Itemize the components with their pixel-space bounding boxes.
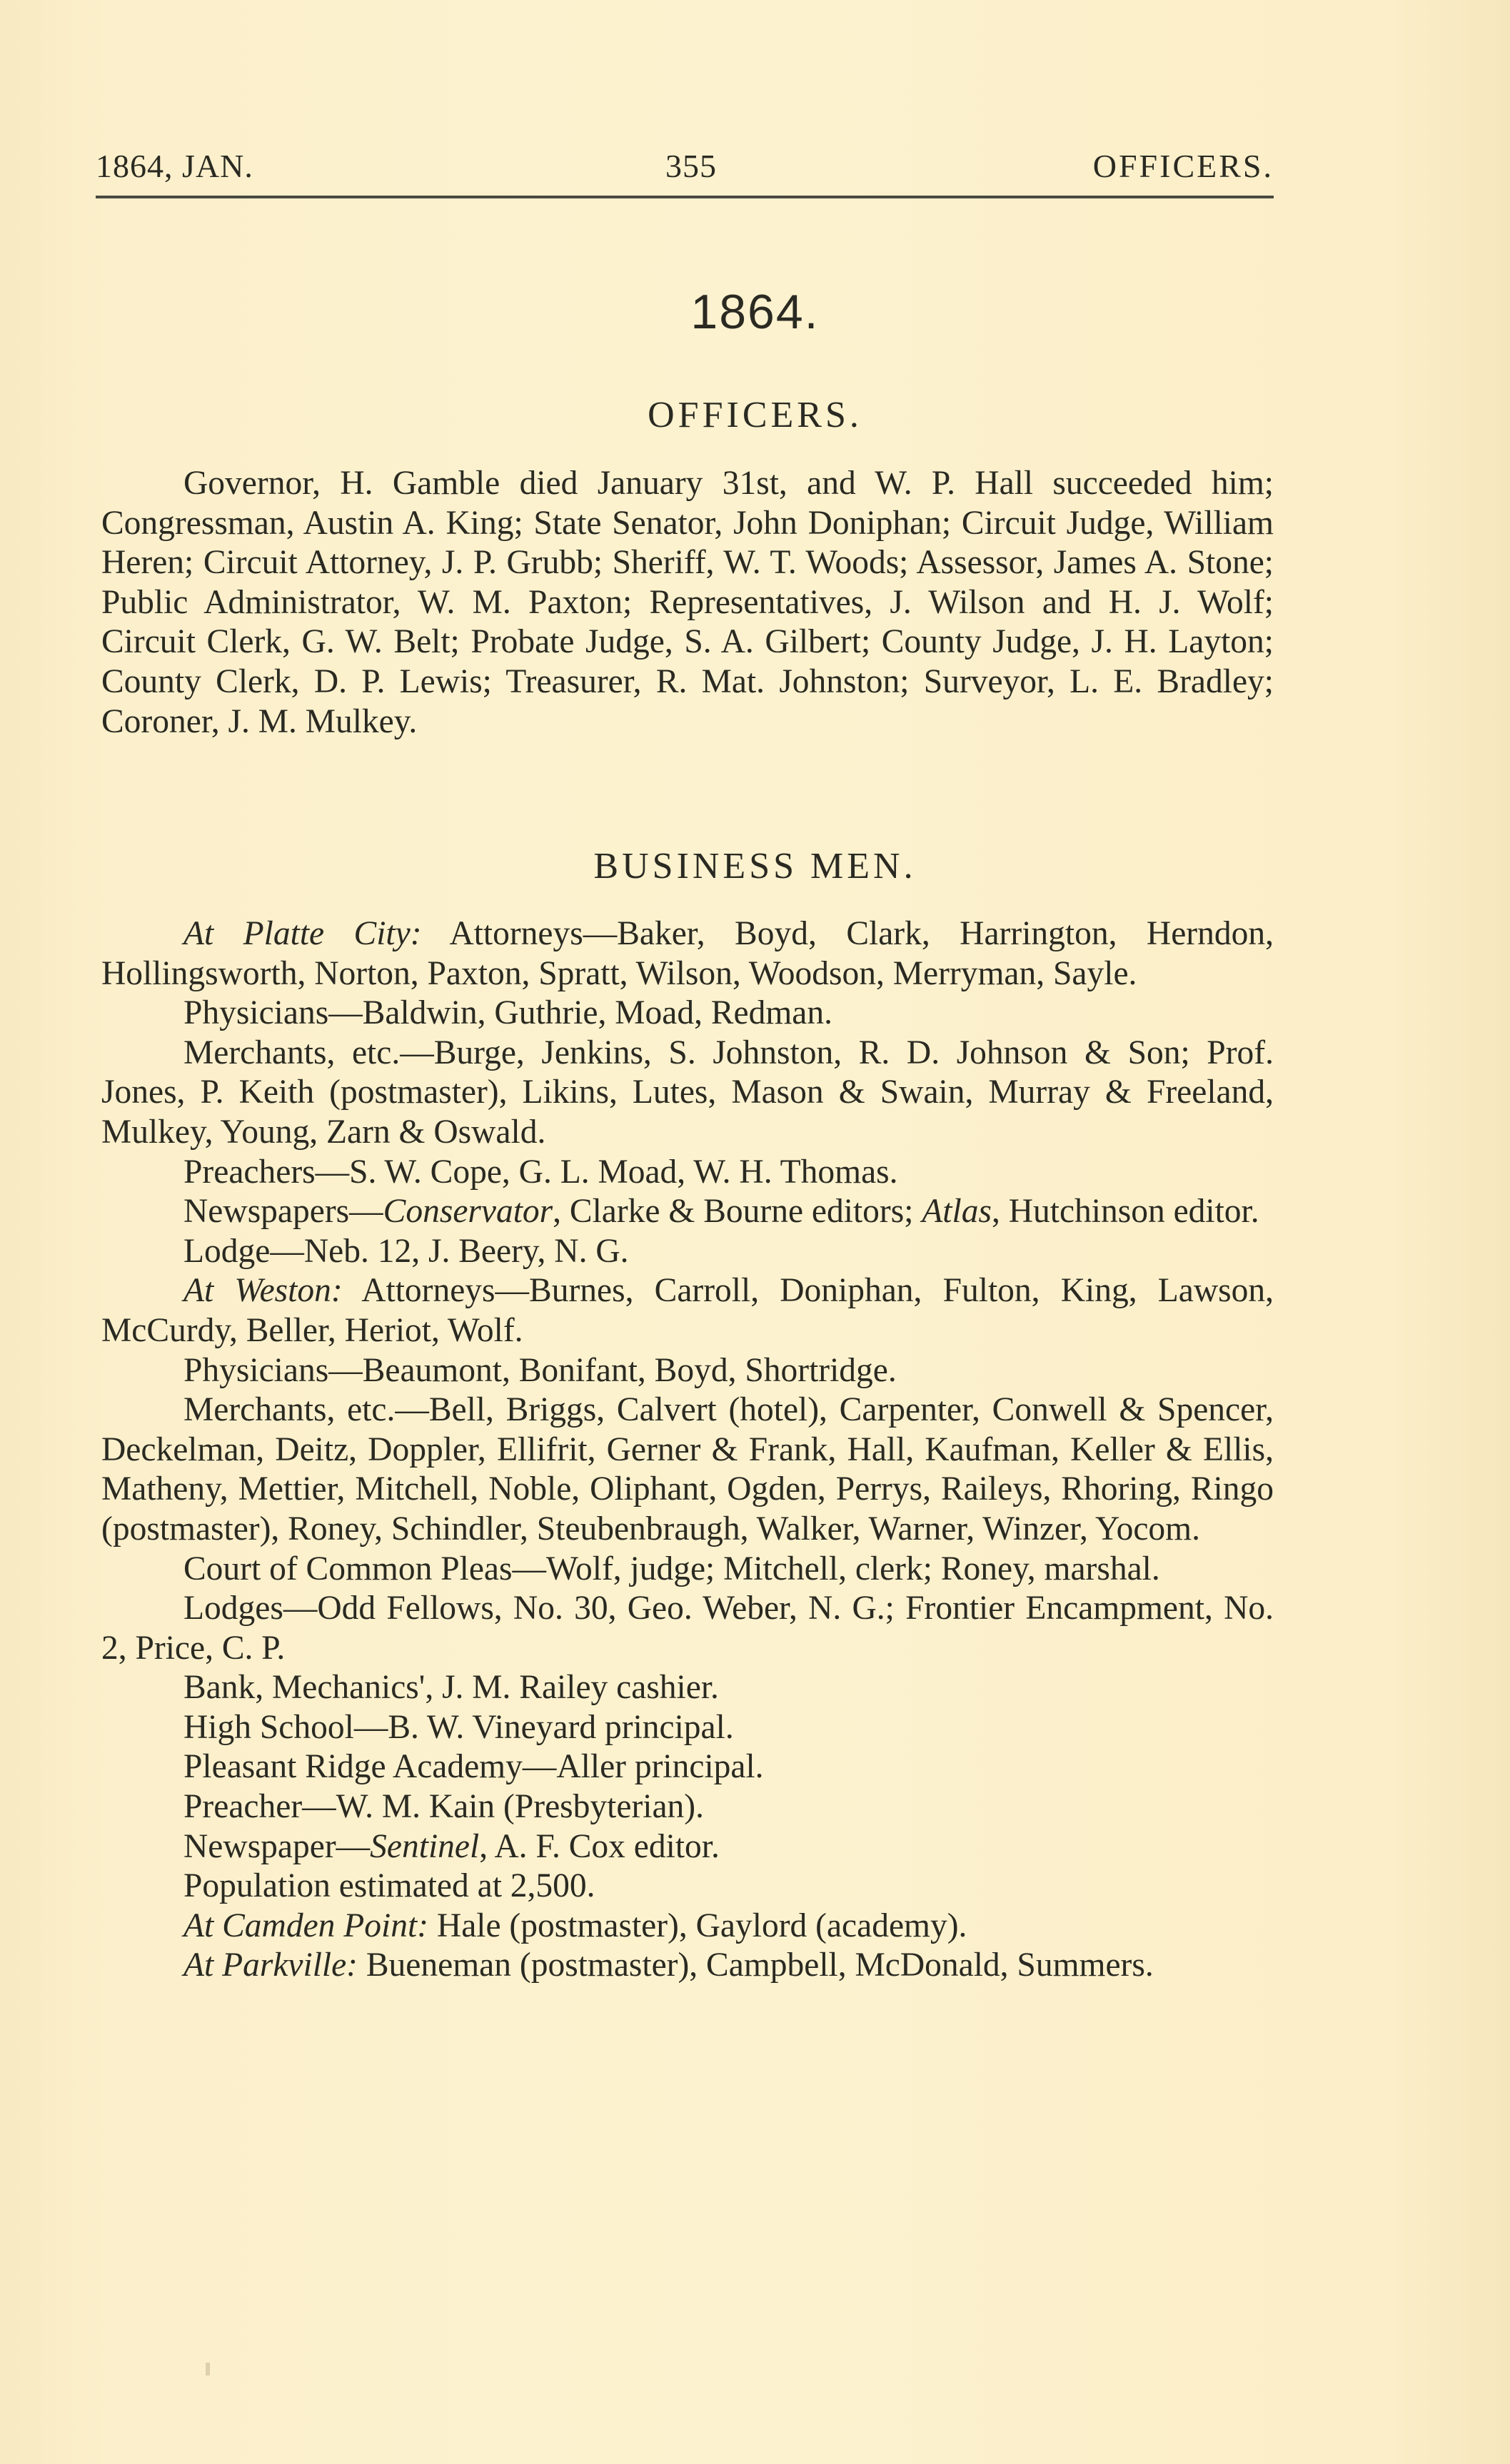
page-number: 355 (665, 147, 717, 185)
paragraph-parkville: At Parkville: Bueneman (postmaster), Cam… (101, 1946, 1274, 1986)
paragraph-weston-high-school: High School—B. W. Vineyard principal. (101, 1708, 1274, 1748)
paragraph-weston-merchants: Merchants, etc.—Bell, Briggs, Calvert (h… (101, 1390, 1274, 1549)
place-label: At Weston: (183, 1272, 343, 1309)
paragraph-platte-city-newspapers: Newspapers—Conservator, Clarke & Bourne … (101, 1192, 1274, 1232)
newspaper-name: Conservator (383, 1193, 553, 1230)
year-title: 1864. (0, 284, 1510, 340)
newspaper-name: Atlas (922, 1193, 992, 1230)
running-head-date: 1864, JAN. (96, 147, 253, 185)
place-label: At Parkville: (183, 1947, 358, 1984)
paragraph-camden-point: At Camden Point: Hale (postmaster), Gayl… (101, 1907, 1274, 1947)
paragraph-platte-city-lodge: Lodge—Neb. 12, J. Beery, N. G. (101, 1232, 1274, 1272)
paragraph-weston-academy: Pleasant Ridge Academy—Aller principal. (101, 1747, 1274, 1787)
business-section: At Platte City: Attorneys—Baker, Boyd, C… (101, 914, 1274, 1986)
running-head: 1864, JAN. 355 OFFICERS. (96, 147, 1274, 190)
paragraph-weston-population: Population estimated at 2,500. (101, 1867, 1274, 1907)
paragraph-platte-city-preachers: Preachers—S. W. Cope, G. L. Moad, W. H. … (101, 1153, 1274, 1193)
header-rule (96, 196, 1274, 198)
paragraph-weston-preacher: Preacher—W. M. Kain (Presbyterian). (101, 1787, 1274, 1827)
running-head-section: OFFICERS. (1093, 147, 1274, 185)
paragraph-weston-lodges: Lodges—Odd Fellows, No. 30, Geo. Weber, … (101, 1589, 1274, 1668)
paragraph-platte-city-physicians: Physicians—Baldwin, Guthrie, Moad, Redma… (101, 994, 1274, 1034)
officers-paragraph: Governor, H. Gamble died January 31st, a… (101, 464, 1274, 742)
book-page: 1864, JAN. 355 OFFICERS. 1864. OFFICERS.… (0, 0, 1510, 2464)
business-heading: BUSINESS MEN. (0, 845, 1510, 887)
place-label: At Camden Point: (183, 1907, 428, 1944)
paragraph-weston-court: Court of Common Pleas—Wolf, judge; Mitch… (101, 1550, 1274, 1590)
officers-section: Governor, H. Gamble died January 31st, a… (101, 464, 1274, 742)
paper-blemish (206, 2363, 210, 2375)
paragraph-platte-city-attorneys: At Platte City: Attorneys—Baker, Boyd, C… (101, 914, 1274, 994)
paragraph-weston-bank: Bank, Mechanics', J. M. Railey cashier. (101, 1668, 1274, 1708)
paragraph-weston-physicians: Physicians—Beaumont, Bonifant, Boyd, Sho… (101, 1351, 1274, 1391)
newspaper-name: Sentinel (370, 1828, 479, 1865)
paragraph-weston-attorneys: At Weston: Attorneys—Burnes, Carroll, Do… (101, 1271, 1274, 1350)
place-label: At Platte City: (183, 915, 422, 952)
officers-heading: OFFICERS. (0, 394, 1510, 436)
paragraph-weston-newspaper: Newspaper—Sentinel, A. F. Cox editor. (101, 1827, 1274, 1867)
paragraph-platte-city-merchants: Merchants, etc.—Burge, Jenkins, S. Johns… (101, 1034, 1274, 1153)
